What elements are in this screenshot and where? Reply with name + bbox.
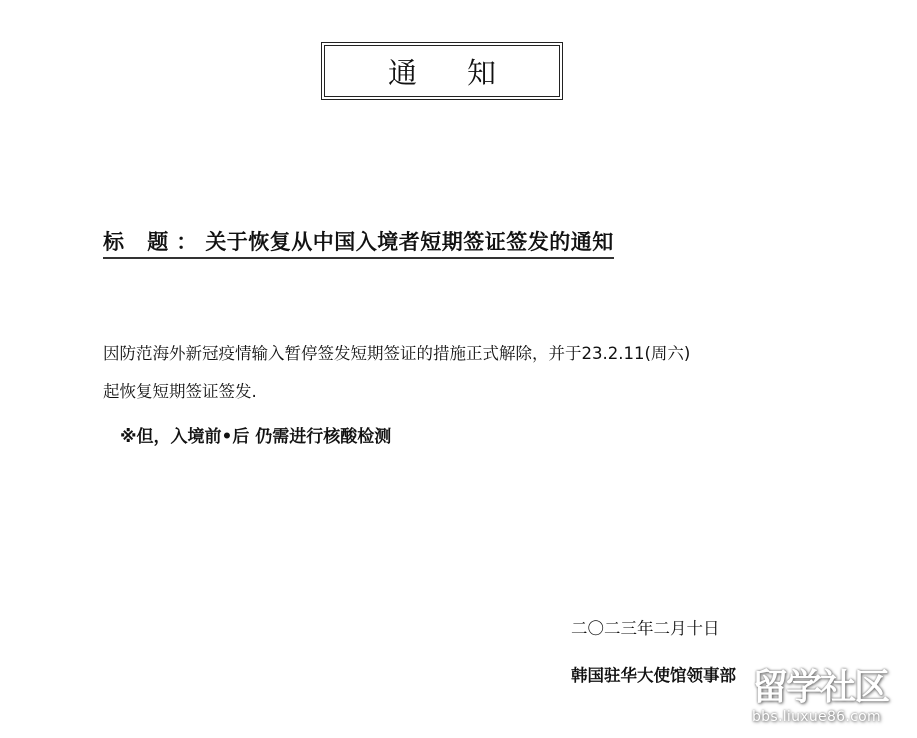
- watermark-url: bbs.liuxue86.com: [752, 708, 888, 726]
- body-line-1: 因防范海外新冠疫情输入暂停签发短期签证的措施正式解除，并于23.2.11(周六): [103, 340, 690, 364]
- watermark-text: 留学社区: [752, 668, 888, 708]
- issuing-organization: 韩国驻华大使馆领事部: [571, 662, 736, 686]
- notice-title-box: 通 知: [321, 42, 563, 100]
- body-line-2: 起恢复短期签证签发.: [103, 378, 257, 402]
- subject-heading: 标 题：关于恢复从中国入境者短期签证签发的通知: [103, 226, 614, 259]
- issue-date: 二〇二三年二月十日: [571, 615, 720, 639]
- watermark: 留学社区 bbs.liuxue86.com: [752, 668, 888, 726]
- subject-label: 标 题：: [103, 230, 205, 254]
- title-char-1: 通: [388, 51, 417, 92]
- title-char-2: 知: [467, 51, 496, 92]
- notice-title: 通 知: [324, 45, 560, 97]
- subject-text: 关于恢复从中国入境者短期签证签发的通知: [205, 230, 614, 254]
- note-text: ※但，入境前•后 仍需进行核酸检测: [120, 422, 391, 447]
